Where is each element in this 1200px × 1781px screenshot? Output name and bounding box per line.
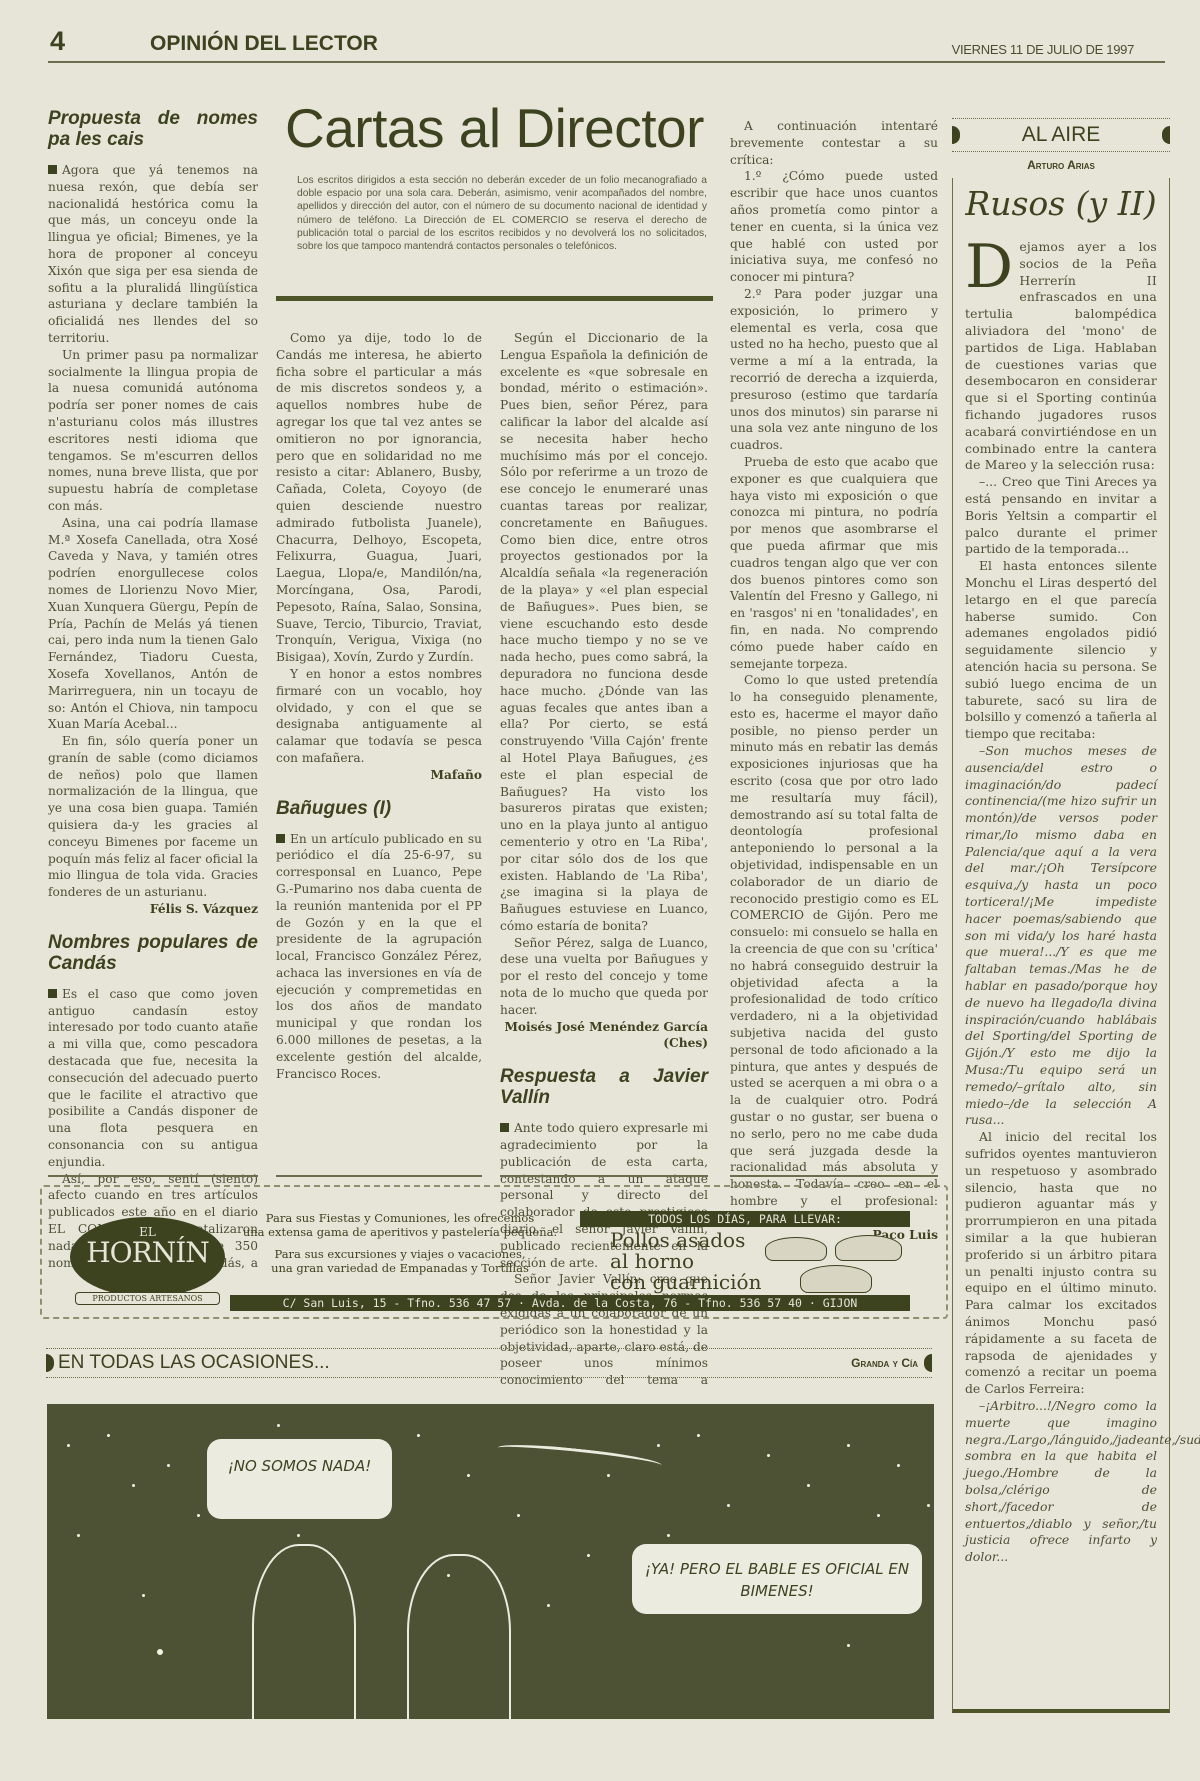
comic-section-header: EN TODAS LAS OCASIONES... Granda y Cía xyxy=(46,1348,932,1378)
letter-heading: Propuesta de nomes pa les cais xyxy=(48,108,258,150)
letter-paragraph: Como ya dije, todo lo de Candás me inter… xyxy=(276,330,482,666)
letter-paragraph: A continuación intentaré brevemente cont… xyxy=(730,118,938,168)
bullet-square-icon xyxy=(48,989,57,998)
comic-section-title: EN TODAS LAS OCASIONES... xyxy=(58,1352,330,1374)
letter-paragraph: Señor Pérez, salga de Luanco, dese una v… xyxy=(500,935,708,1019)
tab-marker-right-icon xyxy=(1162,126,1170,144)
column-paragraph: Al inicio del recital los sufridos oyent… xyxy=(965,1129,1157,1398)
column-2: Como ya dije, todo lo de Candás me inter… xyxy=(276,330,482,1082)
column-divider xyxy=(276,1175,482,1177)
tab-marker-left-icon xyxy=(952,126,960,144)
tab-marker-right-icon xyxy=(924,1354,932,1372)
speech-bubble-1: ¡NO SOMOS NADA! xyxy=(207,1439,392,1519)
column-poem: –Son muchos meses de ausencia/del estro … xyxy=(965,743,1157,1129)
column-paragraph: El hasta entonces silente Monchu el Lira… xyxy=(965,558,1157,743)
letter-paragraph: Un primer pasu pa normalizar socialmente… xyxy=(48,347,258,515)
letter-paragraph: Prueba de esto que acabo que exponer es … xyxy=(730,454,938,672)
column-section-title: AL AIRE xyxy=(1022,123,1101,147)
roast-chicken-icon xyxy=(835,1235,902,1261)
comic-author: Granda y Cía xyxy=(851,1356,918,1370)
section-title: OPINIÓN DEL LECTOR xyxy=(150,32,378,56)
column-4: A continuación intentaré brevemente cont… xyxy=(730,118,938,1243)
letter-heading: Respuesta a Javier Vallín xyxy=(500,1066,708,1108)
drop-cap: D xyxy=(965,243,1013,291)
letter-paragraph: En fin, sólo quería poner un granín de s… xyxy=(48,733,258,901)
roast-chicken-icon xyxy=(800,1265,872,1293)
bullet-square-icon xyxy=(276,834,285,843)
roast-chicken-icon xyxy=(765,1237,827,1261)
column-1: Propuesta de nomes pa les cais Agora que… xyxy=(48,108,258,1272)
opinion-column: AL AIRE Arturo Arias Rusos (y II) Dejamo… xyxy=(952,118,1170,1713)
ad-offer-text: Para sus Fiestas y Comuniones, les ofrec… xyxy=(230,1211,570,1275)
column-author: Arturo Arias xyxy=(952,152,1170,178)
shooting-star-icon xyxy=(497,1440,663,1472)
tab-marker-left-icon xyxy=(46,1354,54,1372)
column-poem: –¡Arbitro...!/Negro como la muerte que i… xyxy=(965,1398,1157,1566)
letter-paragraph: Agora que yá tenemos na nuesa rexón, que… xyxy=(48,162,258,347)
figure-right-silhouette xyxy=(407,1554,511,1719)
column-body: Dejamos ayer a los socios de la Peña Her… xyxy=(965,239,1157,1566)
letter-paragraph: Y en honor a estos nombres firmaré con u… xyxy=(276,666,482,767)
letter-paragraph: Es el caso que como joven antiguo candas… xyxy=(48,986,258,1171)
ad-pollos-text: Pollos asados al horno con guarnición xyxy=(610,1230,761,1293)
letter-signature: Mafaño xyxy=(276,767,482,784)
bullet-square-icon xyxy=(48,165,57,174)
advertisement-el-hornin: EL HORNÍN PRODUCTOS ARTESANOS Para sus F… xyxy=(40,1185,948,1319)
column-divider xyxy=(500,1175,708,1177)
page-title: Cartas al Director xyxy=(285,96,704,160)
letter-paragraph: 2.º Para poder juzgar una exposición, lo… xyxy=(730,286,938,454)
letter-signature: Félis S. Vázquez xyxy=(48,901,258,918)
column-divider xyxy=(48,1175,258,1177)
column-paragraph: –... Creo que Tini Areces ya está pensan… xyxy=(965,474,1157,558)
speech-bubble-2: ¡YA! PERO EL BABLE ES OFICIAL EN BIMENES… xyxy=(632,1544,922,1614)
ad-banner: TODOS LOS DÍAS, PARA LLEVAR: xyxy=(580,1211,910,1227)
header-rule xyxy=(48,61,1165,63)
ad-address-bar: C/ San Luis, 15 - Tfno. 536 47 57 · Avda… xyxy=(230,1295,910,1311)
letter-paragraph: Como lo que usted pretendía lo ha conseg… xyxy=(730,672,938,1226)
column-title: Rusos (y II) xyxy=(965,178,1157,239)
figure-left-silhouette xyxy=(252,1544,356,1719)
letter-paragraph: Según el Diccionario de la Lengua Españo… xyxy=(500,330,708,935)
submission-notice: Los escritos dirigidos a esta sección no… xyxy=(297,174,707,253)
letter-paragraph: Asina, una cai podría llamase M.ª Xosefa… xyxy=(48,515,258,733)
letter-paragraph: 1.º ¿Cómo puede usted escribir que hace … xyxy=(730,168,938,286)
letter-heading: Nombres populares de Candás xyxy=(48,932,258,974)
bullet-square-icon xyxy=(500,1123,509,1132)
column-divider xyxy=(730,1175,938,1177)
title-rule xyxy=(276,296,713,301)
letter-signature: Moisés José Menéndez García (Ches) xyxy=(500,1019,708,1053)
page-number: 4 xyxy=(50,26,65,57)
letter-heading: Bañugues (I) xyxy=(276,798,482,819)
hornin-logo: EL HORNÍN PRODUCTOS ARTESANOS xyxy=(70,1217,225,1297)
column-box: Rusos (y II) Dejamos ayer a los socios d… xyxy=(952,178,1170,1713)
issue-date: VIERNES 11 DE JULIO DE 1997 xyxy=(952,42,1134,57)
letter-paragraph: En un artículo publicado en su periódico… xyxy=(276,831,482,1083)
comic-strip: ¡NO SOMOS NADA! ¡YA! PERO EL BABLE ES OF… xyxy=(47,1404,934,1719)
